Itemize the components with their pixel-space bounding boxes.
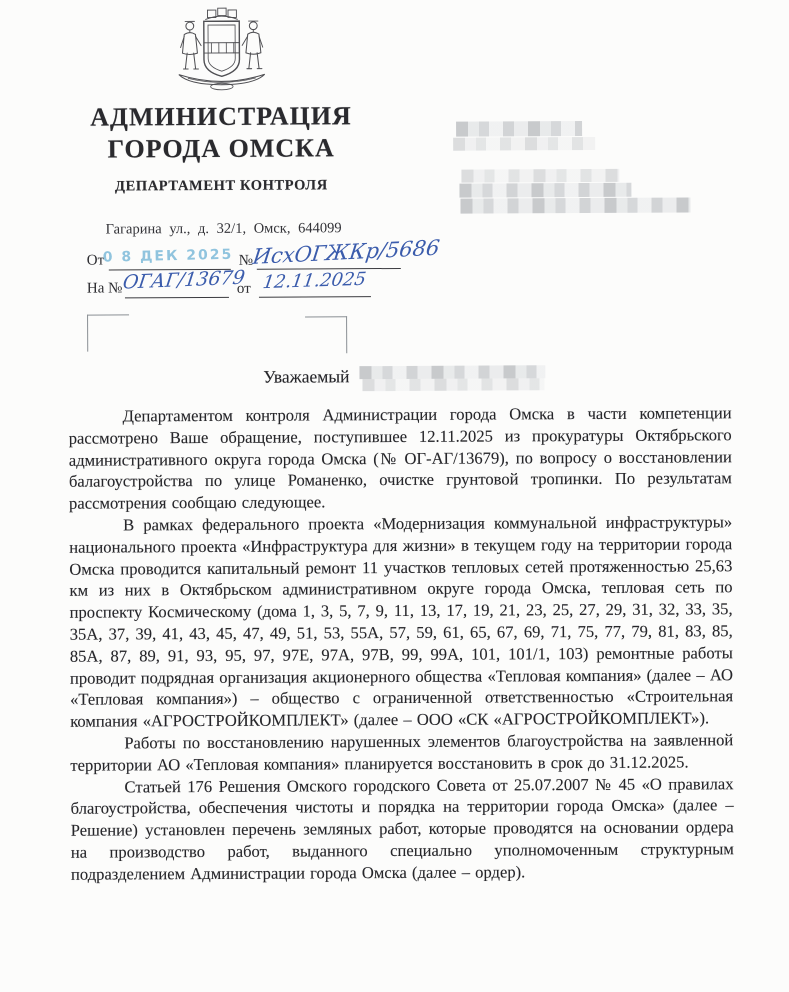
letter-body: Департаментом контроля Администрации гор… bbox=[69, 402, 735, 885]
salutation-label: Уважаемый bbox=[263, 366, 349, 387]
outgoing-number-handwriting: ИсхОГЖКр/5686 bbox=[251, 236, 441, 269]
address-corner-right bbox=[305, 316, 347, 353]
org-title: АДМИНИСТРАЦИЯ ГОРОДА ОМСКА bbox=[76, 100, 366, 166]
redacted-recipient-line bbox=[459, 183, 631, 198]
incoming-number-line bbox=[125, 297, 229, 299]
incoming-number-handwriting: ОГАГ/13679 bbox=[121, 267, 246, 294]
address-corner-left bbox=[87, 314, 129, 351]
date-stamp: 0 8 ДЕК 2025 bbox=[103, 247, 233, 266]
body-paragraph: В рамках федерального проекта «Модерниза… bbox=[69, 511, 733, 732]
redacted-recipient-line bbox=[460, 197, 690, 213]
incoming-date-line bbox=[259, 296, 371, 298]
department-title: ДЕПАРТАМЕНТ КОНТРОЛЯ bbox=[76, 177, 366, 196]
redacted-name bbox=[362, 378, 544, 391]
org-title-line1: АДМИНИСТРАЦИЯ bbox=[76, 100, 366, 134]
org-address: Гагарина ул., д. 32/1, Омск, 644099 bbox=[69, 220, 379, 239]
incoming-date-handwriting: 12.11.2025 bbox=[261, 269, 367, 293]
date-label: от bbox=[237, 281, 251, 298]
scanned-letter-page: АДМИНИСТРАЦИЯ ГОРОДА ОМСКА ДЕПАРТАМЕНТ К… bbox=[0, 0, 789, 992]
redacted-recipient-line bbox=[453, 137, 595, 151]
redacted-recipient-line bbox=[456, 121, 582, 137]
omsk-coat-of-arms-icon bbox=[165, 7, 278, 107]
scan-content: АДМИНИСТРАЦИЯ ГОРОДА ОМСКА ДЕПАРТАМЕНТ К… bbox=[0, 0, 789, 992]
body-paragraph: Работы по восстановлению нарушенных элем… bbox=[70, 729, 733, 776]
from-label: От bbox=[87, 253, 104, 270]
body-paragraph: Департаментом контроля Администрации гор… bbox=[69, 402, 733, 514]
body-paragraph: Статьей 176 Решения Омского городского С… bbox=[70, 773, 734, 885]
redacted-recipient-line bbox=[461, 169, 619, 183]
org-title-line2: ГОРОДА ОМСКА bbox=[76, 132, 366, 166]
redacted-name bbox=[359, 365, 545, 379]
reply-label: На № bbox=[87, 280, 123, 297]
